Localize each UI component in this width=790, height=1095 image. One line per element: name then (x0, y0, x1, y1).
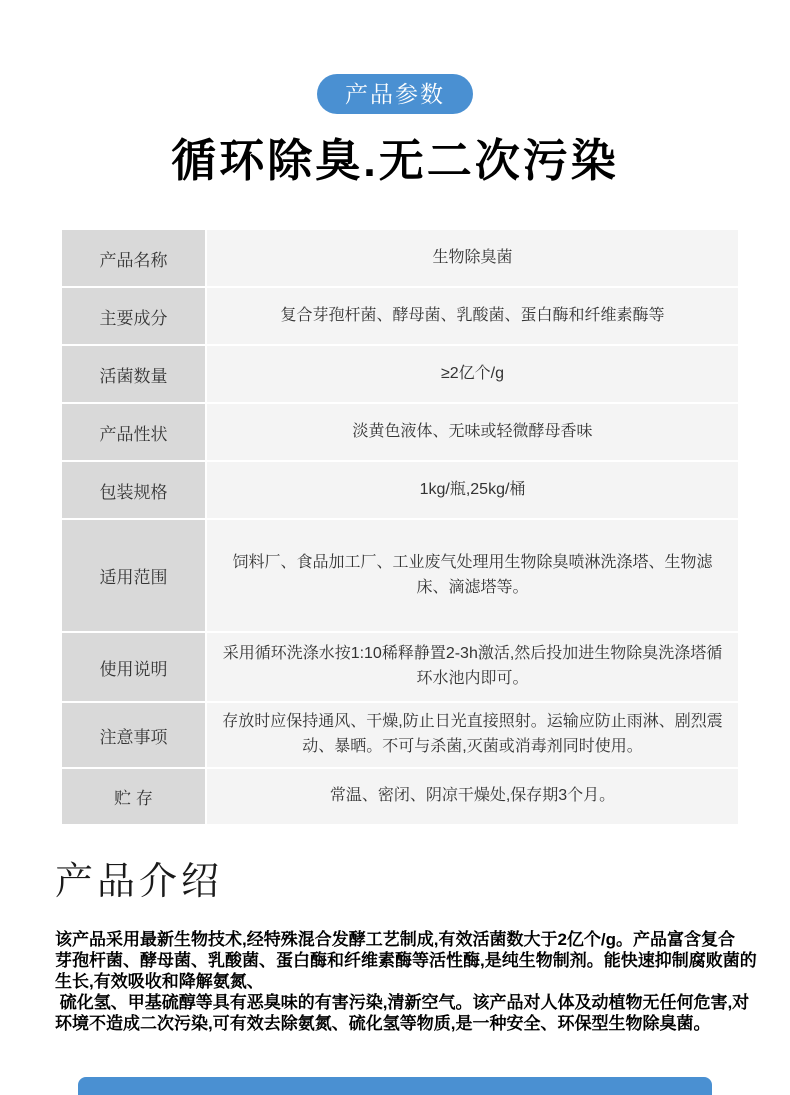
spec-table: 产品名称 生物除臭菌 主要成分 复合芽孢杆菌、酵母菌、乳酸菌、蛋白酶和纤维素酶等… (62, 230, 738, 824)
intro-heading: 产品介绍 (55, 850, 223, 905)
spec-label: 产品性状 (62, 404, 205, 460)
spec-label: 主要成分 (62, 288, 205, 344)
intro-line: 芽孢杆菌、酵母菌、乳酸菌、蛋白酶和纤维素酶等活性酶,是纯生物制剂。能快速抑制腐败… (55, 950, 763, 971)
spec-label: 包装规格 (62, 462, 205, 518)
intro-line: 硫化氢、甲基硫醇等具有恶臭味的有害污染,清新空气。该产品对人体及动植物无任何危害… (55, 992, 763, 1013)
spec-label: 产品名称 (62, 230, 205, 286)
spec-label: 活菌数量 (62, 346, 205, 402)
spec-row-precautions: 注意事项 存放时应保持通风、干燥,防止日光直接照射。运输应防止雨淋、剧烈震动、暴… (62, 703, 738, 767)
spec-value: 生物除臭菌 (207, 230, 738, 286)
spec-row-live-bacteria-count: 活菌数量 ≥2亿个/g (62, 346, 738, 402)
spec-label: 适用范围 (62, 520, 205, 631)
page-title: 循环除臭.无二次污染 (0, 124, 790, 189)
spec-row-usage-instructions: 使用说明 采用循环洗涤水按1:10稀释静置2-3h激活,然后投加进生物除臭洗涤塔… (62, 633, 738, 701)
spec-label: 注意事项 (62, 703, 205, 767)
intro-line: 环境不造成二次污染,可有效去除氨氮、硫化氢等物质,是一种安全、环保型生物除臭菌。 (55, 1013, 763, 1034)
spec-value: 饲料厂、食品加工厂、工业废气处理用生物除臭喷淋洗涤塔、生物滤床、滴滤塔等。 (207, 520, 738, 631)
spec-row-packaging: 包装规格 1kg/瓶,25kg/桶 (62, 462, 738, 518)
spec-value: 常温、密闭、阴凉干燥处,保存期3个月。 (207, 769, 738, 824)
intro-paragraph: 该产品采用最新生物技术,经特殊混合发酵工艺制成,有效活菌数大于2亿个/g。产品富… (55, 929, 763, 1034)
intro-line: 该产品采用最新生物技术,经特殊混合发酵工艺制成,有效活菌数大于2亿个/g。产品富… (55, 929, 763, 950)
spec-value: 存放时应保持通风、干燥,防止日光直接照射。运输应防止雨淋、剧烈震动、暴晒。不可与… (207, 703, 738, 767)
next-section-banner (78, 1077, 712, 1095)
spec-value: 采用循环洗涤水按1:10稀释静置2-3h激活,然后投加进生物除臭洗涤塔循环水池内… (207, 633, 738, 701)
product-params-badge: 产品参数 (317, 74, 473, 114)
spec-value: 1kg/瓶,25kg/桶 (207, 462, 738, 518)
spec-row-main-ingredients: 主要成分 复合芽孢杆菌、酵母菌、乳酸菌、蛋白酶和纤维素酶等 (62, 288, 738, 344)
intro-line: 生长,有效吸收和降解氨氮、 (55, 971, 763, 992)
spec-row-product-name: 产品名称 生物除臭菌 (62, 230, 738, 286)
spec-value: ≥2亿个/g (207, 346, 738, 402)
product-detail-page: 产品参数 循环除臭.无二次污染 产品名称 生物除臭菌 主要成分 复合芽孢杆菌、酵… (0, 0, 790, 1095)
spec-row-storage: 贮 存 常温、密闭、阴凉干燥处,保存期3个月。 (62, 769, 738, 824)
spec-value: 复合芽孢杆菌、酵母菌、乳酸菌、蛋白酶和纤维素酶等 (207, 288, 738, 344)
spec-label: 使用说明 (62, 633, 205, 701)
spec-row-product-properties: 产品性状 淡黄色液体、无味或轻微酵母香味 (62, 404, 738, 460)
spec-value: 淡黄色液体、无味或轻微酵母香味 (207, 404, 738, 460)
spec-label: 贮 存 (62, 769, 205, 824)
spec-row-application-scope: 适用范围 饲料厂、食品加工厂、工业废气处理用生物除臭喷淋洗涤塔、生物滤床、滴滤塔… (62, 520, 738, 631)
